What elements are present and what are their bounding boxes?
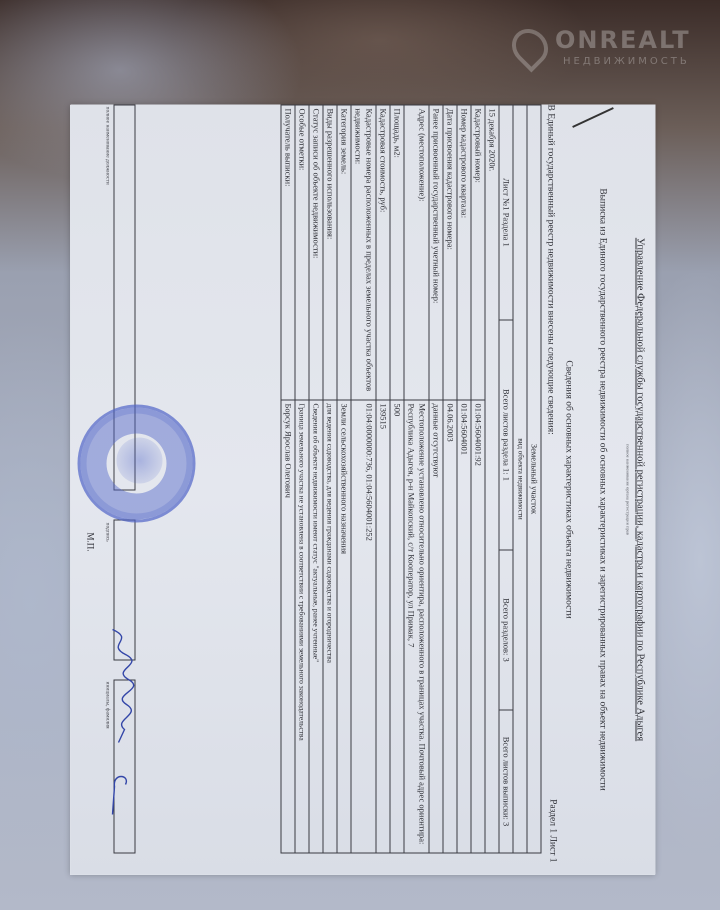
table-row: Кадастровый номер:01:04:5604001:92 (471, 105, 485, 853)
table-row: Особые отметки:Граница земельного участк… (295, 105, 309, 853)
table-row: Статус записи об объекте недвижимости:Св… (309, 105, 323, 853)
object-type-caption: вид объекта недвижимости (513, 105, 527, 853)
sections-total: Всего разделов: 3 (499, 550, 513, 710)
table-row: Кадастровые номера расположенных в преде… (351, 105, 376, 853)
document-subtitle: Сведения об основных характеристиках объ… (564, 105, 574, 875)
table-row: Кадастровая стоимость, руб:139515 (376, 105, 390, 853)
row-label: Ранее присвоенный государственный учетны… (429, 105, 443, 400)
property-table: Земельный участок вид объекта недвижимос… (281, 105, 542, 854)
watermark: ONREALT НЕДВИЖИМОСТЬ (505, 22, 715, 72)
row-label: Кадастровый номер: (471, 105, 485, 400)
section-reference: Раздел 1 Лист 1 (548, 799, 558, 862)
table-row: Площадь, м2:500 (390, 105, 404, 853)
row-value: Местоположение установлено относительно … (404, 400, 429, 853)
object-type-caption-row: вид объекта недвижимости (513, 105, 527, 853)
row-value: 04.06.2003 (443, 400, 457, 853)
signature-caption: подпись (105, 523, 111, 542)
row-label: Номер кадастрового квартала: (457, 105, 471, 400)
house-pin-icon (505, 22, 556, 73)
row-value: данные отсутствуют (429, 400, 443, 853)
row-label: Виды разрешенного использования: (323, 105, 337, 400)
row-value: для ведения садоводства, для ведения гра… (323, 400, 337, 853)
sheets-in-section: Всего листов раздела 1: 1 (499, 320, 513, 550)
row-label: Площадь, м2: (390, 105, 404, 400)
organization-name: Управление Федеральной службы государств… (635, 105, 646, 875)
row-value: 500 (390, 400, 404, 853)
row-value: 01:04:0000000:736, 01:04:5604001:252 (351, 400, 376, 853)
row-label: Дата присвоения кадастрового номера: (443, 105, 457, 400)
organization-caption: полное наименование органа регистрации п… (626, 105, 631, 875)
watermark-brand: ONREALT (555, 26, 691, 54)
row-label: Кадастровая стоимость, руб: (376, 105, 390, 400)
sheets-total: Всего листов выписки: 3 (499, 710, 513, 853)
row-value: Граница земельного участка не установлен… (295, 400, 309, 853)
seal-label: М.П. (86, 533, 96, 552)
table-row: Получатель выписки:Борсук Ярослав Олегов… (281, 105, 295, 853)
table-row: Виды разрешенного использования:для веде… (323, 105, 337, 853)
row-value: 139515 (376, 400, 390, 853)
pen-mark (572, 107, 614, 128)
row-value: Борсук Ярослав Олегович (281, 400, 295, 853)
registry-extract: Управление Федеральной службы государств… (71, 105, 656, 875)
document-sheet: Управление Федеральной службы государств… (70, 105, 655, 875)
row-value: 01:04:5604001 (457, 400, 471, 853)
object-type: Земельный участок (527, 105, 541, 853)
row-label: Категория земель: (337, 105, 351, 400)
table-row: Категория земель:Земли сельскохозяйствен… (337, 105, 351, 853)
row-value: Земли сельскохозяйственного назначения (337, 400, 351, 853)
intro-text: В Единый государственный реестр недвижим… (546, 105, 556, 435)
table-row: Дата присвоения кадастрового номера:04.0… (443, 105, 457, 853)
document-title: Выписка из Единого государственного реес… (598, 105, 608, 875)
table-row: Номер кадастрового квартала:01:04:560400… (457, 105, 471, 853)
row-label: Особые отметки: (295, 105, 309, 400)
sheet-info-row: Лист №1 Раздела 1 Всего листов раздела 1… (499, 105, 513, 853)
handwritten-signature-icon (101, 625, 141, 825)
position-caption: полное наименование должности (105, 107, 111, 185)
watermark-tagline: НЕДВИЖИМОСТЬ (563, 56, 690, 67)
object-type-row: Земельный участок (527, 105, 541, 853)
row-label: Статус записи об объекте недвижимости: (309, 105, 323, 400)
row-value: Сведения об объекте недвижимости имеют с… (309, 400, 323, 853)
row-value: 01:04:5604001:92 (471, 400, 485, 853)
row-label: Адрес (местоположение): (404, 105, 429, 400)
extract-date: 15 декабря 2020г. (485, 105, 499, 853)
official-seal-icon (78, 405, 196, 523)
seal-emblem (117, 438, 163, 484)
row-label: Кадастровые номера расположенных в преде… (351, 105, 376, 400)
sheet-number: Лист №1 Раздела 1 (499, 105, 513, 320)
row-label: Получатель выписки: (281, 105, 295, 400)
table-row: Ранее присвоенный государственный учетны… (429, 105, 443, 853)
table-row: Адрес (местоположение):Местоположение ус… (404, 105, 429, 853)
date-row: 15 декабря 2020г. (485, 105, 499, 853)
